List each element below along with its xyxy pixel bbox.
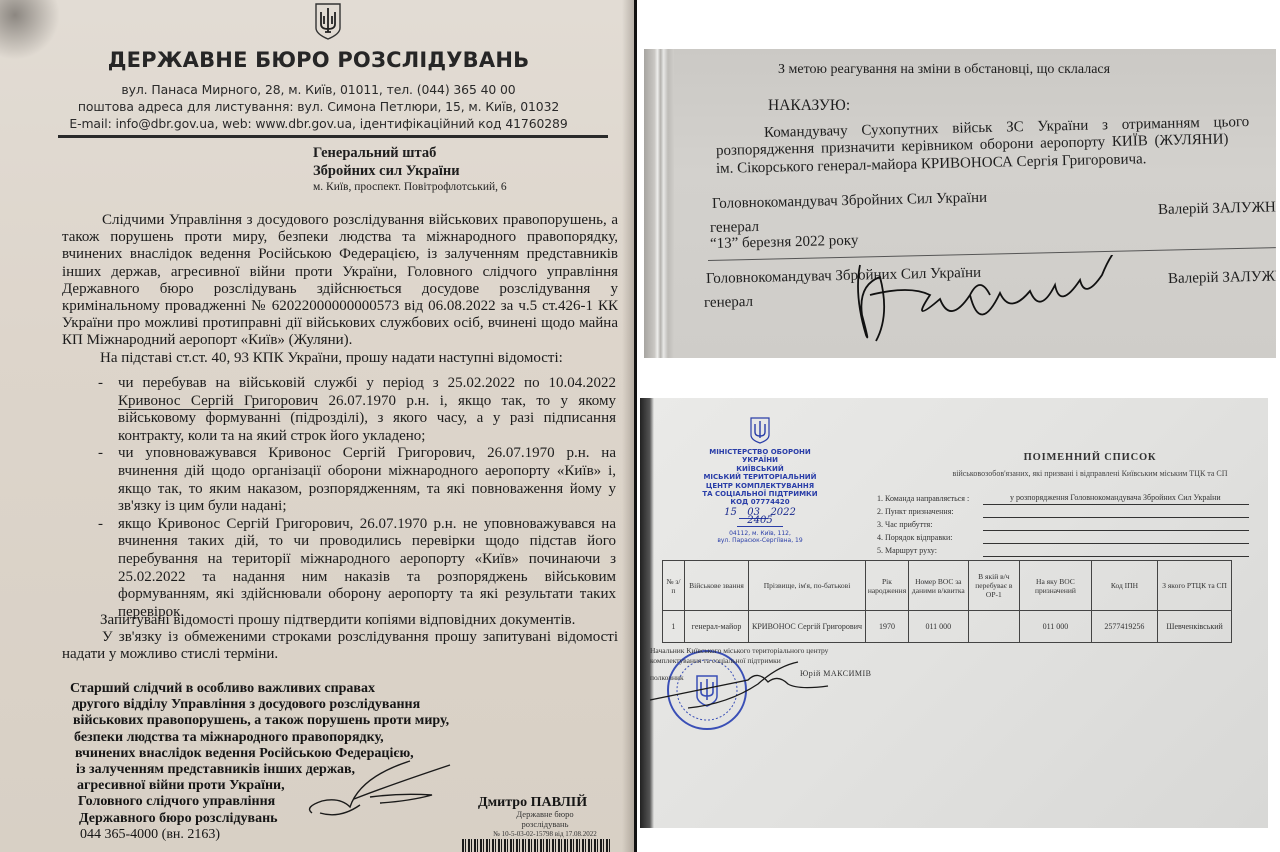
addressee-address: м. Київ, проспект. Повітрофлотський, 6 bbox=[313, 181, 507, 193]
signature-pavliy bbox=[300, 755, 480, 825]
cell-birth-year: 1970 bbox=[865, 611, 908, 643]
paragraph-2: На підставі ст.ст. 40, 93 КПК України, п… bbox=[60, 350, 618, 367]
signer1-title: Головнокомандувач Збройних Сил України bbox=[712, 190, 987, 213]
stamp-address: вул. Парасюк-Сергіївна, 19 bbox=[700, 537, 820, 544]
request-item: чи уповноважувався Кривонос Сергій Григо… bbox=[92, 445, 616, 515]
reg-stamp-line: розслідувань bbox=[490, 819, 600, 829]
signer-line: військових правопорушень, а також поруше… bbox=[70, 713, 449, 729]
signer1-name: Валерій ЗАЛУЖНИЙ bbox=[1158, 199, 1276, 219]
field-line bbox=[983, 543, 1249, 544]
name-list-photo: МІНІСТЕРСТВО ОБОРОНИ УКРАЇНИ КИЇВСЬКИЙ М… bbox=[640, 398, 1268, 828]
trident-icon bbox=[749, 416, 771, 444]
footer-line: Начальник Київського міського територіал… bbox=[650, 646, 828, 656]
cell-vos-assigned: 011 000 bbox=[1020, 611, 1091, 643]
request-item: якщо Кривонос Сергій Григорович, 26.07.1… bbox=[92, 516, 616, 622]
field-value: у розпорядження Головнокомандувача Зброй… bbox=[1010, 493, 1221, 502]
org-postal-address: поштова адреса для листування: вул. Симо… bbox=[0, 99, 637, 114]
reg-stamp-number: № 10-5-03-02-15798 від 17.08.2022 bbox=[490, 829, 600, 839]
column-header: Рік народження bbox=[865, 561, 908, 611]
org-title: ДЕРЖАВНЕ БЮРО РОЗСЛІДУВАНЬ bbox=[0, 48, 637, 72]
org-address: вул. Панаса Мирного, 28, м. Київ, 01011,… bbox=[0, 82, 637, 97]
table-header-row: № з/п Військове звання Прізвище, ім'я, п… bbox=[663, 561, 1232, 611]
request-item-text: чи уповноважувався Кривонос Сергій Григо… bbox=[118, 445, 616, 514]
cell-unit bbox=[968, 611, 1020, 643]
request-list: чи перебував на військовій службі у пері… bbox=[92, 375, 616, 621]
column-header: Прізвище, ім'я, по-батькові bbox=[749, 561, 866, 611]
stamp-line: ЦЕНТР КОМПЛЕКТУВАННЯ bbox=[700, 482, 820, 490]
field-line bbox=[983, 530, 1249, 531]
binder-edge bbox=[644, 49, 674, 358]
addressee-line2: Збройних сил України bbox=[313, 163, 460, 180]
paragraph-3: Запитувані відомості прошу підтвердити к… bbox=[62, 612, 618, 629]
conscript-table: № з/п Військове звання Прізвище, ім'я, п… bbox=[662, 560, 1232, 643]
signer-line: безпеки людства та міжнародного правопор… bbox=[70, 730, 449, 746]
list-title: ПОІМЕННИЙ СПИСОК bbox=[880, 452, 1268, 463]
request-item-text: якщо Кривонос Сергій Григорович, 26.07.1… bbox=[118, 516, 616, 620]
signer-line: другого відділу Управління з досудового … bbox=[70, 697, 449, 713]
column-header: З якого РТЦК та СП bbox=[1158, 561, 1232, 611]
signer2-name: Валерій ЗАЛУЖНИЙ bbox=[1168, 268, 1276, 288]
stamp-number: 2405 bbox=[737, 515, 782, 527]
paragraph-1: Слідчими Управління з досудового розслід… bbox=[62, 212, 618, 350]
stamp-line: КИЇВСЬКИЙ bbox=[700, 465, 820, 473]
tck-incoming-stamp: МІНІСТЕРСТВО ОБОРОНИ УКРАЇНИ КИЇВСЬКИЙ М… bbox=[700, 416, 820, 556]
request-item-text: чи перебував на військовій службі у пері… bbox=[118, 375, 616, 391]
photo-edge bbox=[640, 398, 654, 828]
field-line bbox=[983, 556, 1249, 557]
org-contacts: E-mail: info@dbr.gov.ua, web: www.dbr.go… bbox=[0, 116, 637, 131]
stamp-line: ТА СОЦІАЛЬНОЇ ПІДТРИМКИ bbox=[700, 490, 820, 498]
cell-vos-card: 011 000 bbox=[909, 611, 968, 643]
field-line bbox=[983, 517, 1249, 518]
signature-zaluzhnyi bbox=[840, 255, 1160, 355]
field-label: 3. Час прибуття: bbox=[877, 520, 932, 529]
column-header: В якій в/ч перебуває в ОР-1 bbox=[968, 561, 1020, 611]
underlined-name: Кривонос Сергій Григорович bbox=[118, 393, 318, 410]
order-date: “13” березня 2022 року bbox=[710, 233, 859, 253]
field-line bbox=[983, 504, 1249, 505]
column-header: Номер ВОС за даними в/квитка bbox=[909, 561, 968, 611]
signature-maksymiv bbox=[648, 660, 848, 720]
header-divider bbox=[58, 135, 608, 138]
cell-rank: генерал-майор bbox=[684, 611, 748, 643]
list-subtitle: військовозобов'язаних, які призвані і ві… bbox=[880, 469, 1268, 478]
cell-full-name: КРИВОНОС Сергій Григорович bbox=[749, 611, 866, 643]
field-label: 4. Порядок відправки: bbox=[877, 533, 952, 542]
reg-stamp-line: Державне бюро bbox=[490, 809, 600, 819]
signer-phone: 044 365-4000 (вн. 2163) bbox=[70, 827, 449, 843]
stamp-date-day: 15 bbox=[724, 507, 737, 518]
barcode bbox=[462, 839, 612, 852]
stamp-line: УКРАЇНИ bbox=[700, 456, 820, 464]
letter-body: Слідчими Управління з досудового розслід… bbox=[62, 212, 618, 367]
dbr-request-letter: ДЕРЖАВНЕ БЮРО РОЗСЛІДУВАНЬ вул. Панаса М… bbox=[0, 0, 637, 852]
request-item: чи перебував на військовій службі у пері… bbox=[92, 375, 616, 445]
cell-tax-id: 2577419256 bbox=[1091, 611, 1158, 643]
order-intro: З метою реагування на зміни в обстановці… bbox=[778, 62, 1110, 78]
column-header: Військове звання bbox=[684, 561, 748, 611]
stamp-address: 04112, м. Київ, 112, bbox=[700, 530, 820, 537]
field-label: 5. Маршрут руху: bbox=[877, 546, 937, 555]
table-row: 1 генерал-майор КРИВОНОС Сергій Григоров… bbox=[663, 611, 1232, 643]
field-label: 1. Команда направляється : bbox=[877, 494, 969, 503]
registration-stamp: Державне бюро розслідувань № 10-5-03-02-… bbox=[490, 809, 600, 839]
column-header: № з/п bbox=[663, 561, 685, 611]
stamp-code: КОД 07774420 bbox=[700, 498, 820, 506]
paragraph-4: У зв'язку із обмеженими строками розслід… bbox=[62, 629, 618, 663]
field-label: 2. Пункт призначення: bbox=[877, 507, 954, 516]
signer-line: Старший слідчий в особливо важливих спра… bbox=[70, 681, 449, 697]
trident-icon bbox=[313, 2, 343, 40]
column-header: На яку ВОС призначений bbox=[1020, 561, 1091, 611]
addressee-line1: Генеральний штаб bbox=[313, 145, 436, 162]
signer2-rank: генерал bbox=[704, 294, 753, 312]
cell-number: 1 bbox=[663, 611, 685, 643]
order-word: НАКАЗУЮ: bbox=[768, 97, 850, 115]
cell-rtck: Шевченківський bbox=[1158, 611, 1232, 643]
stamp-line: МІСЬКИЙ ТЕРИТОРІАЛЬНИЙ bbox=[700, 473, 820, 481]
column-header: Код ІПН bbox=[1091, 561, 1158, 611]
letter-closing: Запитувані відомості прошу підтвердити к… bbox=[62, 612, 618, 664]
